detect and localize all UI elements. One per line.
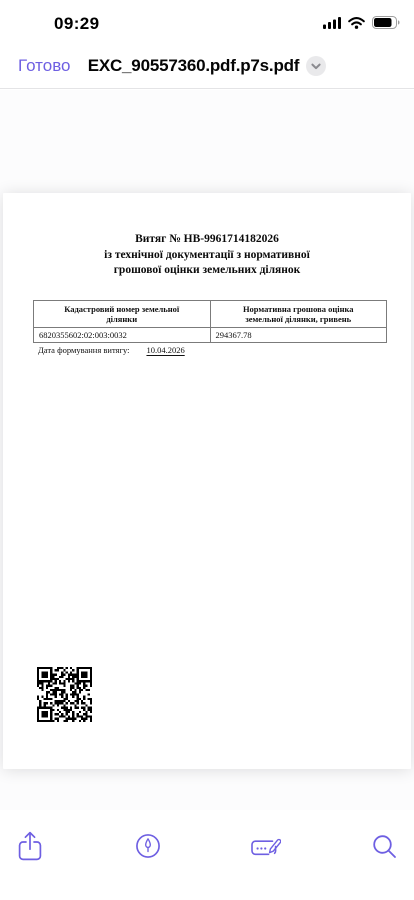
pdf-viewer-canvas[interactable]: Витяг № НВ-9961714182026 із технічної до… bbox=[0, 90, 414, 810]
extract-date-line: Дата формування витягу:10.04.2026 bbox=[38, 345, 185, 355]
header-cadastral-number: Кадастровий номер земельної ділянки bbox=[34, 301, 211, 328]
done-button[interactable]: Готово bbox=[18, 56, 71, 76]
extract-title-line3: грошової оцінки земельних ділянок bbox=[3, 263, 411, 279]
battery-icon bbox=[372, 16, 400, 34]
date-label: Дата формування витягу: bbox=[38, 345, 129, 355]
header-valuation: Нормативна грошова оцінка земельної діля… bbox=[210, 301, 387, 328]
cadastral-number-cell: 6820355602:02:003:0032 bbox=[34, 328, 211, 343]
document-title-menu[interactable]: EXC_90557360.pdf.p7s.pdf bbox=[88, 56, 327, 76]
valuation-table: Кадастровий номер земельної ділянки Норм… bbox=[33, 300, 387, 343]
markup-button[interactable] bbox=[132, 830, 164, 862]
valuation-cell: 294367.78 bbox=[210, 328, 387, 343]
qr-code bbox=[37, 667, 92, 722]
status-icons bbox=[323, 16, 400, 34]
search-button[interactable] bbox=[368, 830, 400, 862]
pdf-page: Витяг № НВ-9961714182026 із технічної до… bbox=[3, 193, 411, 769]
extract-title-line1: Витяг № НВ-9961714182026 bbox=[3, 232, 411, 248]
share-button[interactable] bbox=[14, 830, 46, 862]
signature-button[interactable] bbox=[250, 830, 282, 862]
wifi-icon bbox=[348, 16, 365, 34]
pdf-viewer-screen: 09:29 bbox=[0, 0, 414, 900]
status-bar: 09:29 bbox=[0, 0, 414, 44]
bottom-toolbar bbox=[0, 810, 414, 900]
nav-bar: Готово EXC_90557360.pdf.p7s.pdf bbox=[0, 44, 414, 89]
clock: 09:29 bbox=[54, 14, 99, 34]
date-value: 10.04.2026 bbox=[146, 345, 184, 355]
cellular-signal-icon bbox=[323, 16, 341, 34]
extract-title: Витяг № НВ-9961714182026 із технічної до… bbox=[3, 232, 411, 279]
extract-title-line2: із технічної документації з нормативної bbox=[3, 248, 411, 264]
table-row: 6820355602:02:003:0032 294367.78 bbox=[34, 328, 387, 343]
table-header-row: Кадастровий номер земельної ділянки Норм… bbox=[34, 301, 387, 328]
document-filename: EXC_90557360.pdf.p7s.pdf bbox=[88, 56, 300, 76]
chevron-down-icon[interactable] bbox=[306, 56, 326, 76]
